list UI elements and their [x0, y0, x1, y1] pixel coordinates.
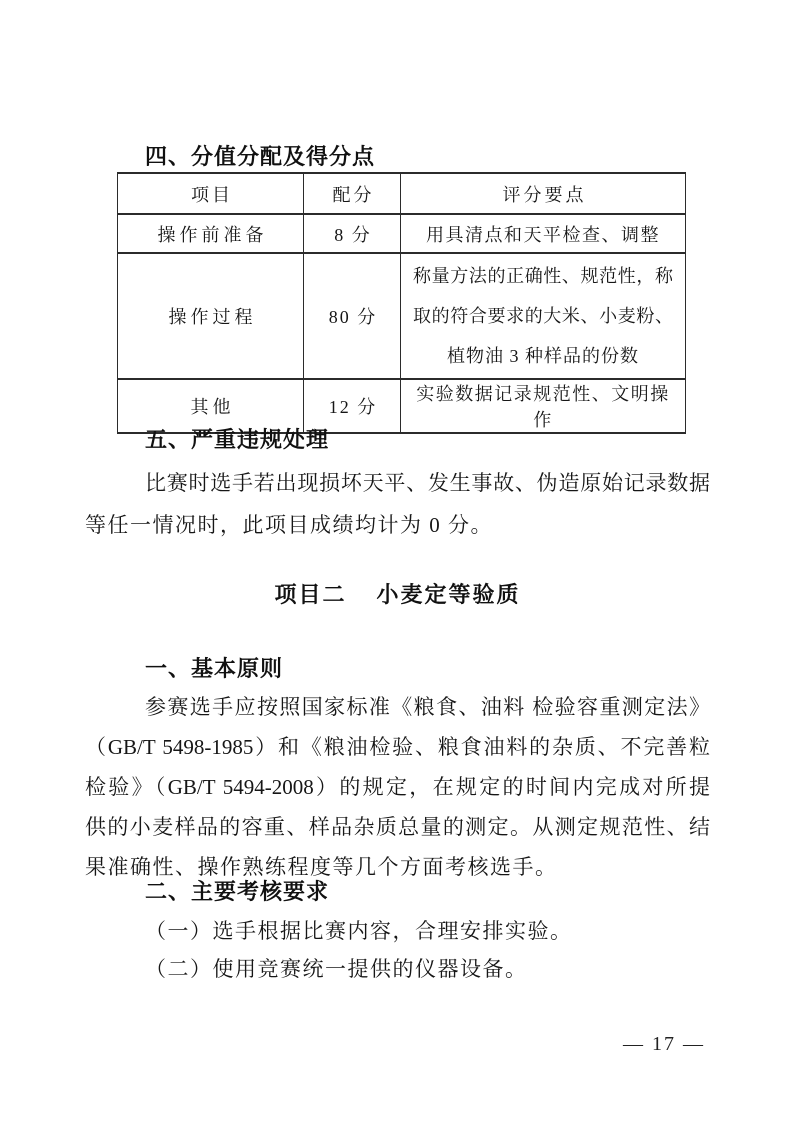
section4-heading: 四、分值分配及得分点	[145, 142, 375, 172]
table-cell-criteria: 用具清点和天平检查、调整	[401, 214, 686, 253]
table-row: 操作过程 80 分 称量方法的正确性、规范性，称 取的符合要求的大米、小麦粉、 …	[118, 253, 686, 379]
document-page: 四、分值分配及得分点 项目 配分 评分要点 操作前准备 8 分 用具清点和天平检…	[0, 0, 793, 1122]
table-header-row: 项目 配分 评分要点	[118, 173, 686, 214]
table-header-item: 项目	[118, 173, 304, 214]
table-header-points: 配分	[304, 173, 401, 214]
page-number: — 17 —	[623, 1032, 703, 1056]
paragraph-line: 等任一情况时，此项目成绩均计为 0 分。	[85, 504, 710, 546]
section1-heading: 一、基本原则	[145, 654, 283, 684]
list-item: （一）选手根据比赛内容，合理安排实验。	[85, 912, 710, 950]
table-header-criteria: 评分要点	[401, 173, 686, 214]
section2-heading: 二、主要考核要求	[145, 877, 329, 907]
list-item: （二）使用竞赛统一提供的仪器设备。	[85, 950, 710, 988]
table-cell-item: 操作过程	[118, 253, 304, 379]
paragraph-line: 比赛时选手若出现损坏天平、发生事故、伪造原始记录数据	[85, 462, 710, 504]
table-cell-item: 操作前准备	[118, 214, 304, 253]
section5-heading: 五、严重违规处理	[145, 425, 329, 455]
criteria-line: 植物油 3 种样品的份数	[413, 336, 673, 376]
paragraph-line: 参赛选手应按照国家标准《粮食、油料 检验容重测定法》	[85, 687, 710, 727]
criteria-line: 取的符合要求的大米、小麦粉、	[413, 296, 673, 336]
section5-paragraph: 比赛时选手若出现损坏天平、发生事故、伪造原始记录数据 等任一情况时，此项目成绩均…	[85, 462, 710, 546]
table-cell-criteria: 实验数据记录规范性、文明操作	[401, 379, 686, 433]
table-cell-points: 80 分	[304, 253, 401, 379]
project2-title-name: 小麦定等验质	[377, 580, 521, 610]
section2-items: （一）选手根据比赛内容，合理安排实验。 （二）使用竞赛统一提供的仪器设备。	[85, 912, 710, 988]
paragraph-line: 检验》（GB/T 5494-2008）的规定，在规定的时间内完成对所提	[85, 767, 710, 807]
section1-paragraph: 参赛选手应按照国家标准《粮食、油料 检验容重测定法》 （GB/T 5498-19…	[85, 687, 710, 887]
table-row: 操作前准备 8 分 用具清点和天平检查、调整	[118, 214, 686, 253]
table-cell-criteria: 称量方法的正确性、规范性，称 取的符合要求的大米、小麦粉、 植物油 3 种样品的…	[401, 253, 686, 379]
score-table: 项目 配分 评分要点 操作前准备 8 分 用具清点和天平检查、调整 操作过程 8…	[117, 172, 686, 434]
project2-title: 项目二 小麦定等验质	[85, 580, 710, 610]
paragraph-line: （GB/T 5498-1985）和《粮油检验、粮食油料的杂质、不完善粒	[85, 727, 710, 767]
project2-title-label: 项目二	[274, 580, 346, 610]
table-cell-points: 8 分	[304, 214, 401, 253]
criteria-line: 称量方法的正确性、规范性，称	[413, 256, 673, 296]
paragraph-line: 供的小麦样品的容重、样品杂质总量的测定。从测定规范性、结	[85, 807, 710, 847]
